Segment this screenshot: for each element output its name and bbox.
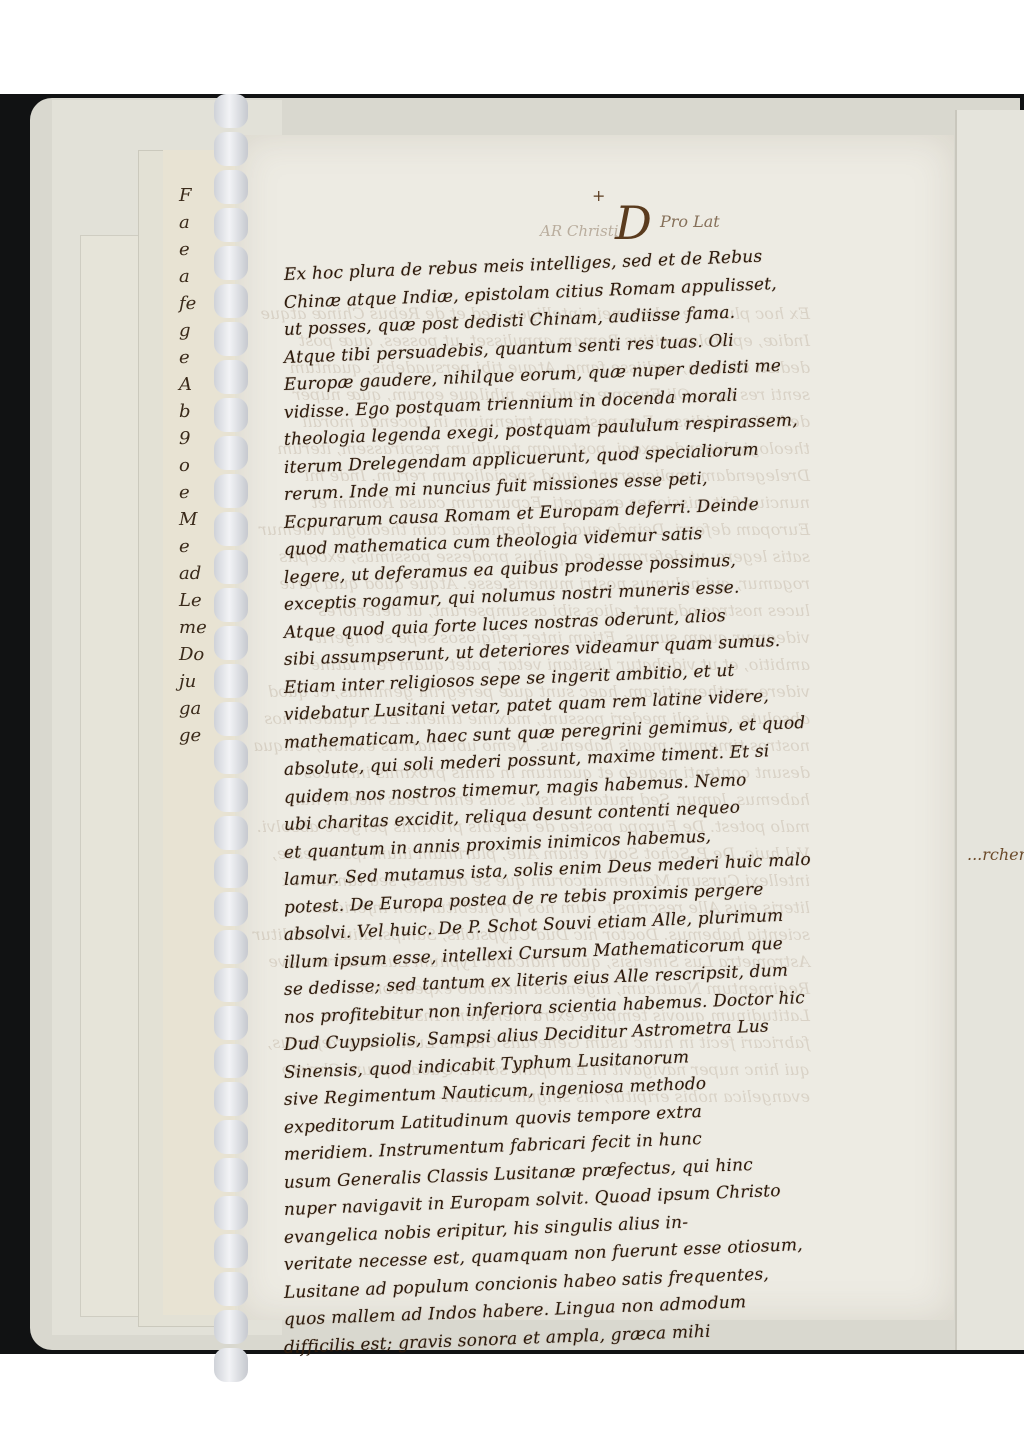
ribbon-segment [214, 208, 248, 242]
ribbon-segment [214, 664, 248, 698]
letter-d-mark: D [615, 196, 652, 250]
ribbon-segment [214, 132, 248, 166]
ribbon-segment [214, 474, 248, 508]
ribbon-segment [214, 854, 248, 888]
ribbon-segment [214, 1272, 248, 1306]
ribbon-segment [214, 94, 248, 128]
ribbon-segment [214, 930, 248, 964]
ribbon-segment [214, 892, 248, 926]
ribbon-segment [214, 284, 248, 318]
ribbon-segment [214, 512, 248, 546]
side-strip-letter: A [179, 374, 192, 395]
side-strip-letter: a [179, 212, 190, 233]
binding-ribbon [210, 94, 252, 1448]
faded-address: AR Christi [540, 222, 619, 240]
corner-note: Pro Lat [660, 212, 720, 231]
side-strip-letter: o [179, 455, 190, 476]
side-strip-letter: 9 [179, 428, 190, 449]
side-strip-letter: e [179, 482, 190, 503]
ribbon-segment [214, 398, 248, 432]
ribbon-segment [214, 588, 248, 622]
ribbon-segment [214, 1196, 248, 1230]
ribbon-segment [214, 626, 248, 660]
ribbon-segment [214, 1006, 248, 1040]
side-strip-letter: ju [179, 671, 196, 692]
side-strip-letter: e [179, 536, 190, 557]
right-facing-leaf: ...rcher [955, 110, 1024, 1350]
ribbon-segment [214, 246, 248, 280]
ribbon-segment [214, 816, 248, 850]
side-strip-letter: ge [179, 725, 201, 746]
ribbon-segment [214, 1120, 248, 1154]
ribbon-segment [214, 1044, 248, 1078]
side-strip-letter: e [179, 347, 190, 368]
ribbon-segment [214, 702, 248, 736]
side-strip-letter: F [179, 185, 192, 206]
ribbon-segment [214, 968, 248, 1002]
side-strip-letter: fe [179, 293, 196, 314]
side-strip-letter: M [179, 509, 197, 530]
ribbon-segment [214, 436, 248, 470]
ribbon-segment [214, 360, 248, 394]
ribbon-segment [214, 1348, 248, 1382]
side-strip-letter: g [179, 320, 191, 341]
ribbon-segment [214, 1234, 248, 1268]
side-strip-letter: a [179, 266, 190, 287]
ribbon-segment [214, 1082, 248, 1116]
manuscript-text: Ex hoc plura de rebus meis intelliges, s… [284, 262, 854, 1362]
side-strip-letter: Do [179, 644, 204, 665]
ribbon-segment [214, 1158, 248, 1192]
cross-mark: + [592, 186, 605, 205]
side-strip-letter: ga [179, 698, 201, 719]
ribbon-segment [214, 740, 248, 774]
ribbon-segment [214, 1310, 248, 1344]
ribbon-segment [214, 778, 248, 812]
ribbon-segment [214, 550, 248, 584]
side-strip-letter: b [179, 401, 191, 422]
side-strip-letter: e [179, 239, 190, 260]
ribbon-segment [214, 170, 248, 204]
side-strip-letter: ad [179, 563, 201, 584]
side-strip-letter: me [179, 617, 207, 638]
side-strip-letter: Le [179, 590, 202, 611]
right-leaf-fragment: ...rcher [967, 845, 1024, 864]
ribbon-segment [214, 322, 248, 356]
